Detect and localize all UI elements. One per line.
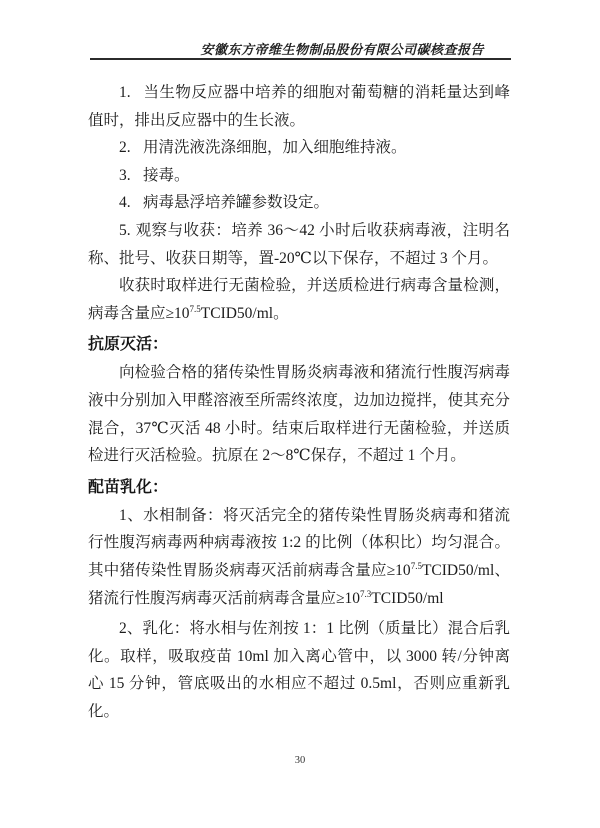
- step-number: 4.: [119, 194, 131, 211]
- step-text: 当生物反应器中培养的细胞对葡萄糖的消耗量达到峰值时，排出反应器中的生长液。: [88, 84, 510, 129]
- step-item-1: 1.当生物反应器中培养的细胞对葡萄糖的消耗量达到峰值时，排出反应器中的生长液。: [88, 79, 510, 134]
- step-text: 用清洗液洗涤细胞，加入细胞维持液。: [143, 139, 407, 156]
- page-number: 30: [0, 755, 600, 766]
- step-item-3: 3.接毒。: [88, 162, 510, 190]
- titer-exponent: 7.5: [411, 561, 422, 571]
- inactivation-paragraph: 向检验合格的猪传染性胃肠炎病毒液和猪流行性腹泻病毒液中分别加入甲醛溶液至所需终浓…: [88, 359, 510, 469]
- harvest-text: 收获时取样进行无菌检验，并送质检进行病毒含量检测，病毒含量应≥10: [88, 277, 510, 322]
- step-item-2: 2.用清洗液洗涤细胞，加入细胞维持液。: [88, 134, 510, 162]
- aqueous-text: TCID50/ml: [371, 590, 443, 607]
- step-text: 接毒。: [143, 167, 190, 184]
- harvest-text: TCID50/ml。: [201, 305, 289, 322]
- step-item-5: 5.观察与收获：培养 36～42 小时后收获病毒液，注明名称、批号、收获日期等，…: [88, 217, 510, 272]
- step-number: 5.: [119, 222, 131, 239]
- header-title: 安徽东方帝维生物制品股份有限公司碳核查报告: [90, 39, 510, 58]
- section-heading-vaccine-emulsification: 配苗乳化：: [88, 474, 510, 502]
- document-page: 安徽东方帝维生物制品股份有限公司碳核查报告 1.当生物反应器中培养的细胞对葡萄糖…: [0, 0, 600, 828]
- step-item-4: 4.病毒悬浮培养罐参数设定。: [88, 189, 510, 217]
- header-rule: [90, 58, 511, 60]
- step-text: 病毒悬浮培养罐参数设定。: [143, 194, 329, 211]
- titer-exponent: 7.5: [190, 304, 201, 314]
- step-text: 观察与收获：培养 36～42 小时后收获病毒液，注明名称、批号、收获日期等，置-…: [88, 222, 510, 267]
- step-number: 1.: [119, 84, 131, 101]
- aqueous-phase-paragraph: 1、水相制备：将灭活完全的猪传染性胃肠炎病毒和猪流行性腹泻病毒两种病毒液按 1:…: [88, 502, 510, 612]
- titer-exponent: 7.3: [360, 588, 371, 598]
- section-heading-antigen-inactivation: 抗原灭活：: [88, 331, 510, 359]
- emulsify-paragraph: 2、乳化：将水相与佐剂按 1：1 比例（质量比）混合后乳化。取样，吸取疫苗 10…: [88, 615, 510, 725]
- step-number: 2.: [119, 139, 131, 156]
- harvest-paragraph: 收获时取样进行无菌检验，并送质检进行病毒含量检测，病毒含量应≥107.5TCID…: [88, 272, 510, 327]
- step-number: 3.: [119, 167, 131, 184]
- document-body: 1.当生物反应器中培养的细胞对葡萄糖的消耗量达到峰值时，排出反应器中的生长液。 …: [88, 79, 510, 725]
